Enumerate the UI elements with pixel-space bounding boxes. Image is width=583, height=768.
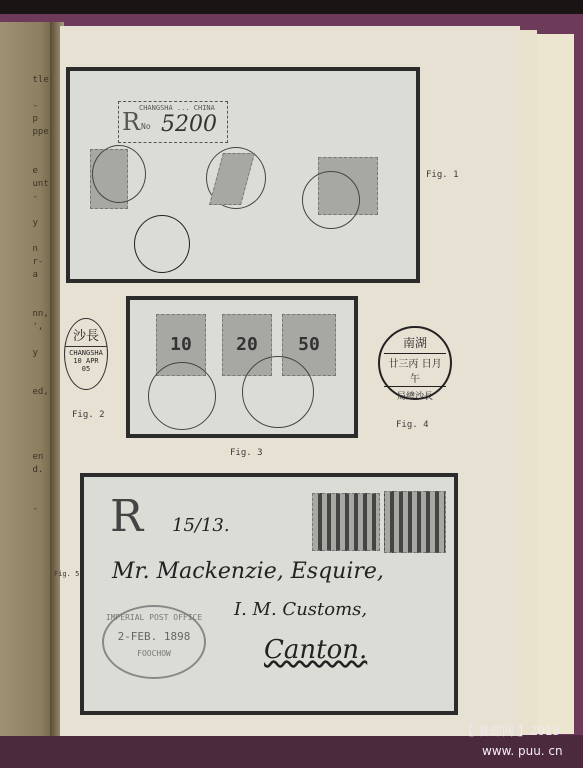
- postmark-chinese: 沙長: [65, 325, 107, 344]
- figure-5-cover: R 15/13. Mr. Mackenzie, Esquire, I. M. C…: [80, 473, 458, 715]
- cancelled-stamp: [312, 493, 380, 551]
- registration-number: 5200: [161, 112, 217, 137]
- postmark: [134, 215, 190, 273]
- registration-prefix: No: [141, 122, 151, 131]
- figure-3-stamps: 10 20 50: [126, 296, 358, 438]
- figure-5-caption: Fig. 5: [54, 570, 79, 578]
- postmark: [92, 145, 146, 203]
- postmark-year: 05: [65, 365, 107, 373]
- registration-label: R CHANGSHA ... CHINA No 5200: [118, 101, 228, 143]
- divider: [65, 346, 107, 347]
- postmark: [242, 356, 314, 428]
- registration-letter: R: [110, 491, 143, 542]
- postmark-bottom: 局總沙長: [380, 389, 450, 402]
- oval-postmark: IMPERIAL POST OFFICE 2-FEB. 1898 FOOCHOW: [102, 605, 206, 679]
- postmark-top: 南湖: [380, 334, 450, 351]
- address-line-2: I. M. Customs,: [234, 599, 367, 620]
- watermark-line-1: 【 普邮网 】2013: [462, 722, 560, 739]
- changsha-postmark: 沙長 CHANGSHA 10 APR 05: [64, 318, 108, 390]
- postmark: [148, 362, 216, 430]
- postmark: [302, 171, 360, 229]
- cancelled-stamp: [384, 491, 446, 553]
- address-line-3: Canton.: [264, 635, 367, 665]
- figure-2-caption: Fig. 2: [72, 410, 105, 420]
- postmark-middle: 廿三丙 日月午: [384, 353, 446, 387]
- watermark-line-2: www. puu. cn: [482, 744, 563, 758]
- address-line-1: Mr. Mackenzie, Esquire,: [112, 559, 384, 584]
- oval-postmark-place: FOOCHOW: [104, 649, 204, 658]
- page-edge: [518, 30, 537, 735]
- registration-number: 15/13.: [172, 515, 230, 536]
- page-edge: [535, 34, 574, 734]
- figure-4-caption: Fig. 4: [396, 420, 429, 430]
- registration-header: CHANGSHA ... CHINA: [139, 104, 215, 112]
- oval-postmark-text: IMPERIAL POST OFFICE: [104, 613, 204, 622]
- oval-postmark-date: 2-FEB. 1898: [104, 630, 204, 643]
- postmark-english: CHANGSHA: [65, 349, 107, 357]
- hunan-postmark: 南湖 廿三丙 日月午 局總沙長: [378, 326, 452, 400]
- postmark-date: 10 APR: [65, 357, 107, 365]
- figure-3-caption: Fig. 3: [230, 448, 263, 458]
- registration-letter: R: [122, 108, 140, 136]
- figure-1-cover: R CHANGSHA ... CHINA No 5200: [66, 67, 420, 283]
- figure-1-caption: Fig. 1: [426, 170, 459, 180]
